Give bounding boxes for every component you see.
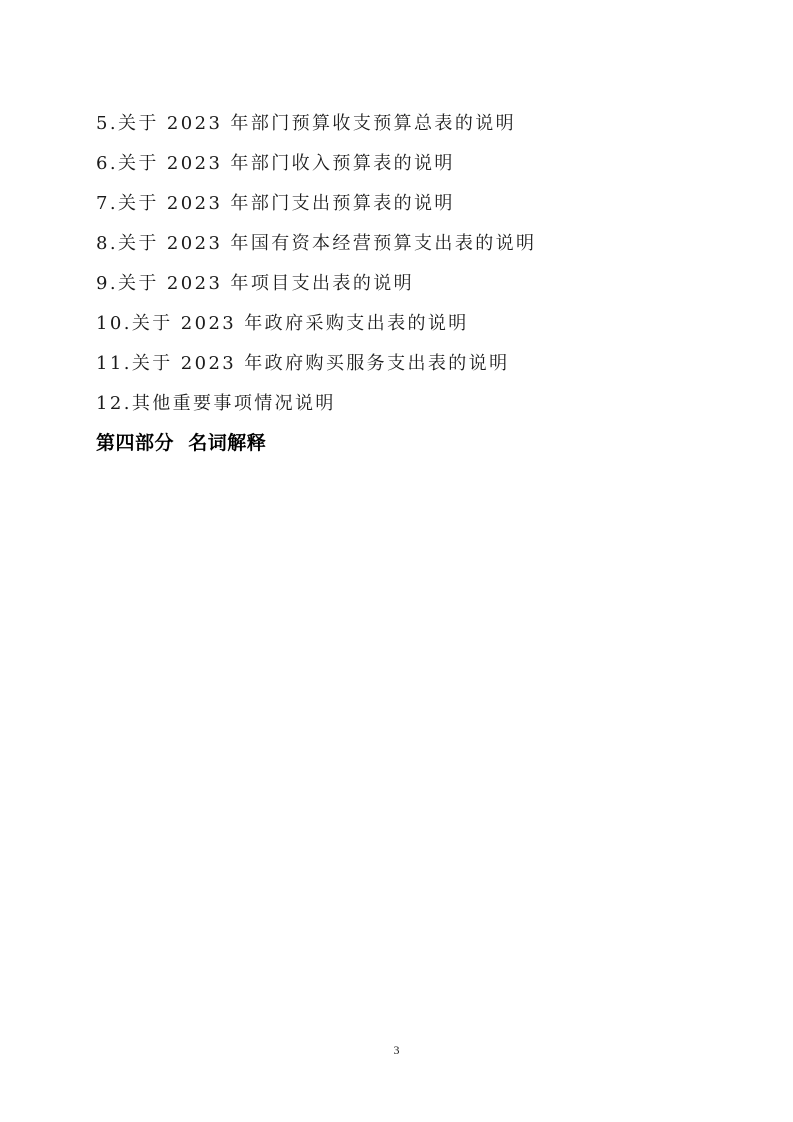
toc-item: 9.关于 2023 年项目支出表的说明: [96, 270, 536, 310]
toc-item: 11.关于 2023 年政府购买服务支出表的说明: [96, 350, 536, 390]
page-number: 3: [0, 1043, 793, 1058]
section-heading: 第四部分 名词解释: [96, 428, 266, 455]
table-of-contents: 5.关于 2023 年部门预算收支预算总表的说明 6.关于 2023 年部门收入…: [96, 110, 536, 430]
toc-item: 7.关于 2023 年部门支出预算表的说明: [96, 190, 536, 230]
toc-item: 6.关于 2023 年部门收入预算表的说明: [96, 150, 536, 190]
toc-item: 5.关于 2023 年部门预算收支预算总表的说明: [96, 110, 536, 150]
document-page: 5.关于 2023 年部门预算收支预算总表的说明 6.关于 2023 年部门收入…: [0, 0, 793, 1122]
toc-item: 8.关于 2023 年国有资本经营预算支出表的说明: [96, 230, 536, 270]
toc-item: 10.关于 2023 年政府采购支出表的说明: [96, 310, 536, 350]
toc-item: 12.其他重要事项情况说明: [96, 390, 536, 430]
